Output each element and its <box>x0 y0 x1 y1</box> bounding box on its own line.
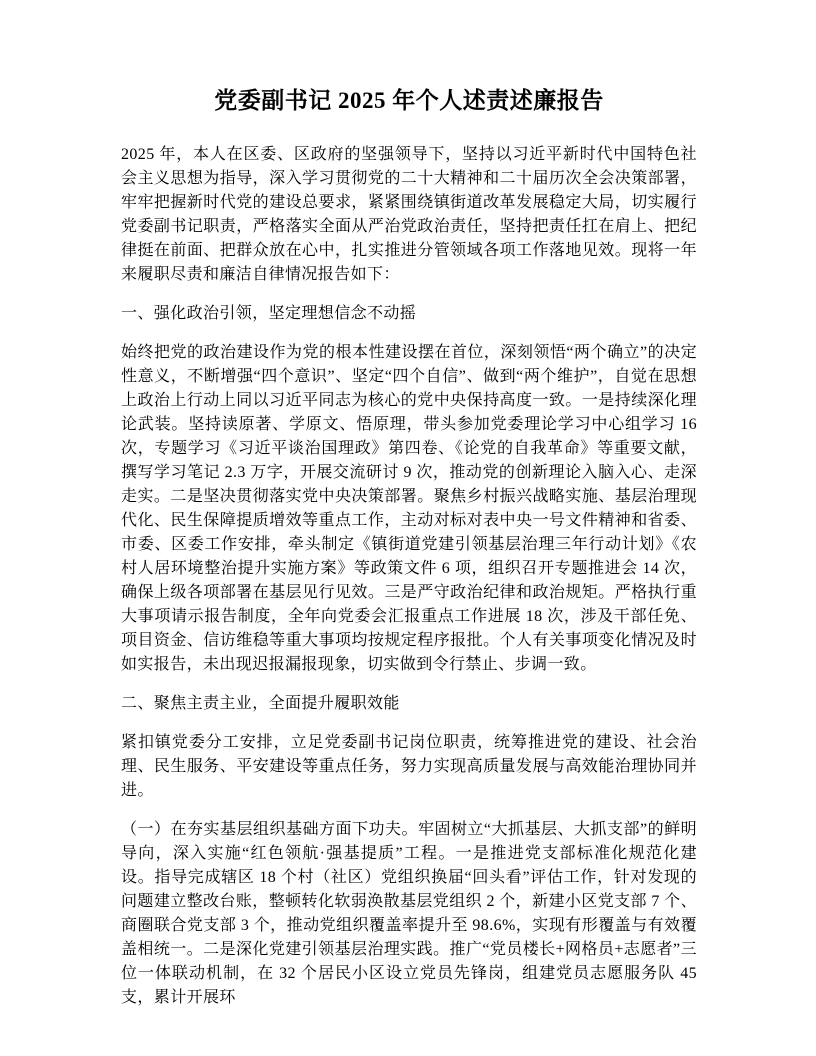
paragraph-intro: 2025 年，本人在区委、区政府的坚强领导下，坚持以习近平新时代中国特色社会主义… <box>121 143 697 287</box>
section-heading-2: 二、聚焦主责主业，全面提升履职效能 <box>121 692 697 716</box>
section-heading-1: 一、强化政治引领，坚定理想信念不动摇 <box>121 302 697 326</box>
paragraph-section-2-intro: 紧扣镇党委分工安排，立足党委副书记岗位职责，统筹推进党的建设、社会治理、民生服务… <box>121 731 697 803</box>
document-title: 党委副书记 2025 年个人述责述廉报告 <box>121 86 697 116</box>
document-page: 党委副书记 2025 年个人述责述廉报告 2025 年，本人在区委、区政府的坚强… <box>0 0 816 1056</box>
paragraph-section-1-body: 始终把党的政治建设作为党的根本性建设摆在首位，深刻领悟“两个确立”的决定性意义，… <box>121 341 697 677</box>
paragraph-section-2-item-1: （一）在夯实基层组织基础方面下功夫。牢固树立“大抓基层、大抓支部”的鲜明导向，深… <box>121 818 697 1010</box>
